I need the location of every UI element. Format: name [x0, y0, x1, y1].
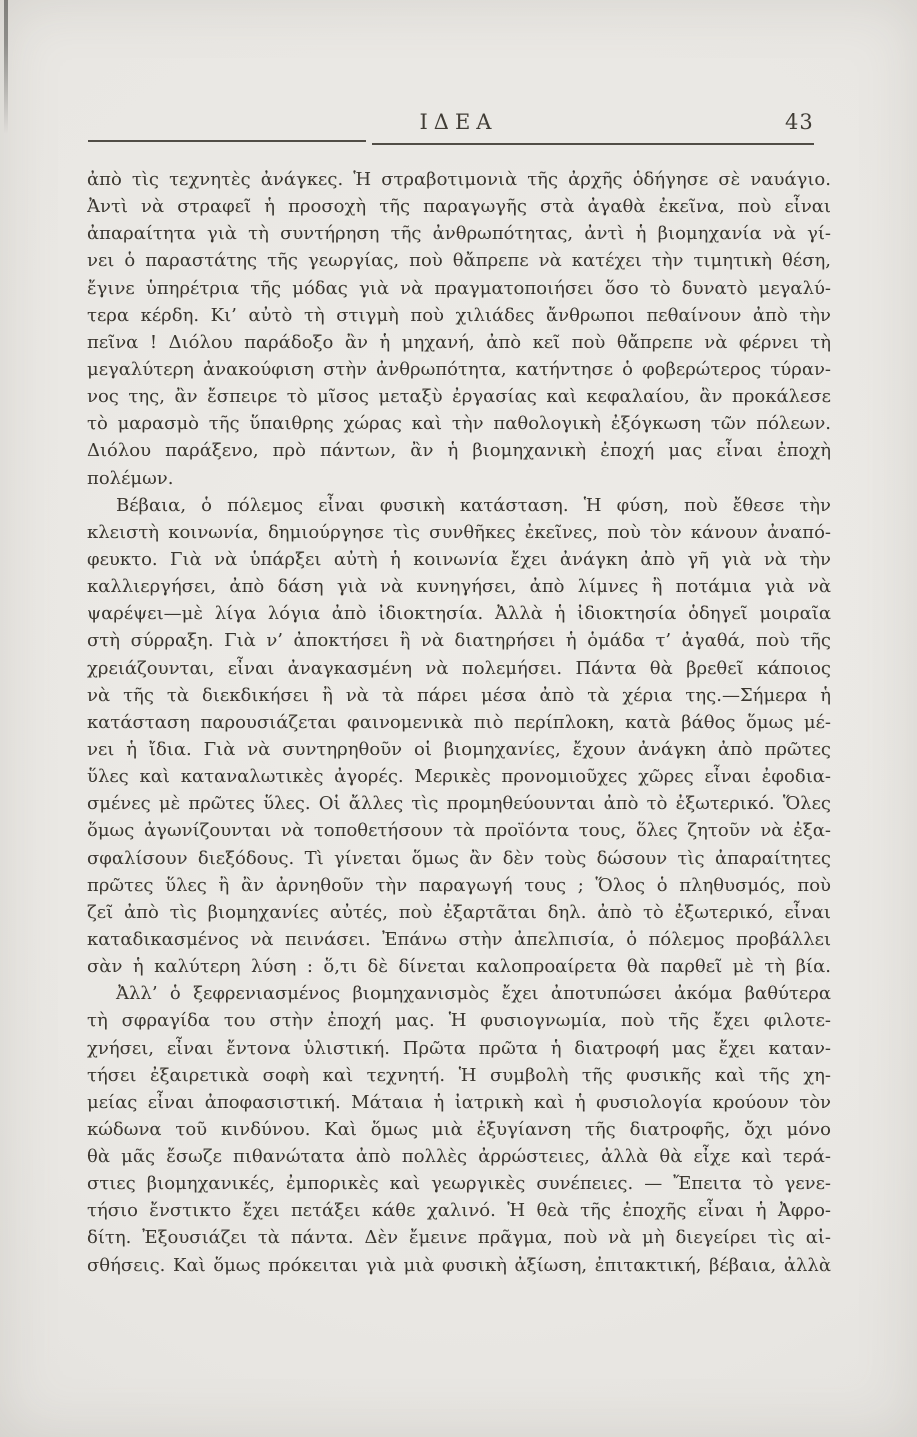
text-line: πολέμων. [87, 465, 831, 492]
header-rule-left [88, 140, 366, 142]
text-line: κώδωνα τοῦ κινδύνου. Καὶ ὅμως μιὰ ἐξυγία… [87, 1116, 831, 1143]
text-line: τερα κέρδη. Κι’ αὐτὸ τὴ στιγμὴ ποὺ χιλιά… [87, 302, 831, 329]
text-line: κατάσταση παρουσιάζεται φαινομενικὰ πιὸ … [87, 709, 831, 736]
text-line: τὴ σφραγίδα του στὴν ἐποχή μας. Ἡ φυσιογ… [87, 1007, 831, 1034]
paragraph: Ἀλλ’ ὁ ξεφρενιασμένος βιομηχανισμὸς ἔχει… [87, 980, 831, 1279]
text-line: Διόλου παράξενο, πρὸ πάντων, ἂν ἡ βιομηχ… [87, 437, 831, 464]
text-line: ἀπὸ τὶς τεχνητὲς ἀνάγκες. Ἡ στραβοτιμονι… [87, 166, 831, 193]
text-line: Βέβαια, ὁ πόλεμος εἶναι φυσικὴ κατάσταση… [87, 492, 831, 519]
text-line: νει ἡ ἴδια. Γιὰ νὰ συντηρηθοῦν οἱ βιομηχ… [87, 736, 831, 763]
text-line: χρειάζουνται, εἶναι ἀναγκασμένη νὰ πολεμ… [87, 655, 831, 682]
body-text: ἀπὸ τὶς τεχνητὲς ἀνάγκες. Ἡ στραβοτιμονι… [87, 166, 831, 1279]
book-page: ΙΔΕΑ 43 ἀπὸ τὶς τεχνητὲς ἀνάγκες. Ἡ στρα… [0, 0, 917, 1437]
text-line: καλλιεργήσει, ἀπὸ δάση γιὰ νὰ κυνηγήσει,… [87, 573, 831, 600]
page-number: 43 [785, 110, 814, 134]
text-line: σμένες μὲ πρῶτες ὕλες. Οἱ ἄλλες τὶς προμ… [87, 790, 831, 817]
text-line: νος της, ἂν ἔσπειρε τὸ μῖσος μεταξὺ ἐργα… [87, 383, 831, 410]
text-line: μεγαλύτερη ἀνακούφιση στὴν ἀνθρωπότητα, … [87, 356, 831, 383]
text-line: τήσιο ἔνστικτο ἔχει πετάξει κάθε χαλινό.… [87, 1197, 831, 1224]
text-line: στὴ σύρραξη. Γιὰ ν’ ἀποκτήσει ἢ νὰ διατη… [87, 627, 831, 654]
text-line: στιες βιομηχανικές, ἐμπορικὲς καὶ γεωργι… [87, 1170, 831, 1197]
text-line: πεῖνα ! Διόλου παράδοξο ἂν ἡ μηχανή, ἀπὸ… [87, 329, 831, 356]
text-line: ὅμως ἀγωνίζουνται νὰ τοποθετήσουν τὰ προ… [87, 817, 831, 844]
text-line: πρῶτες ὕλες ἢ ἂν ἀρνηθοῦν τὴν παραγωγή τ… [87, 872, 831, 899]
text-line: χνήσει, εἶναι ἔντονα ὑλιστική. Πρῶτα πρῶ… [87, 1035, 831, 1062]
text-line: ἔγινε ὑπηρέτρια τῆς μόδας γιὰ νὰ πραγματ… [87, 275, 831, 302]
header-rule-right [372, 143, 814, 145]
text-line: τήσει ἐξαιρετικὰ σοφὴ καὶ τεχνητή. Ἡ συμ… [87, 1062, 831, 1089]
text-line: ζεῖ ἀπὸ τὶς βιομηχανίες αὐτές, ποὺ ἐξαρτ… [87, 899, 831, 926]
text-line: καταδικασμένος νὰ πεινάσει. Ἐπάνω στὴν ἀ… [87, 926, 831, 953]
text-line: ἀπαραίτητα γιὰ τὴ συντήρηση τῆς ἀνθρωπότ… [87, 220, 831, 247]
text-line: θὰ μᾶς ἔσωζε πιθανώτατα ἀπὸ πολλὲς ἀρρώσ… [87, 1143, 831, 1170]
running-title: ΙΔΕΑ [0, 110, 917, 134]
text-line: σθήσεις. Καὶ ὅμως πρόκειται γιὰ μιὰ φυσι… [87, 1252, 831, 1279]
text-line: νὰ τῆς τὰ διεκδικήσει ἢ νὰ τὰ πάρει μέσα… [87, 682, 831, 709]
text-line: σφαλίσουν διεξόδους. Τὶ γίνεται ὅμως ἂν … [87, 845, 831, 872]
text-line: σὰν ἡ καλύτερη λύση : ὅ,τι δὲ δίνεται κα… [87, 953, 831, 980]
text-line: φευκτο. Γιὰ νὰ ὑπάρξει αὐτὴ ἡ κοινωνία ἔ… [87, 546, 831, 573]
text-line: ψαρέψει—μὲ λίγα λόγια ἀπὸ ἰδιοκτησία. Ἀλ… [87, 600, 831, 627]
text-line: Ἀλλ’ ὁ ξεφρενιασμένος βιομηχανισμὸς ἔχει… [87, 980, 831, 1007]
paragraph: Βέβαια, ὁ πόλεμος εἶναι φυσικὴ κατάσταση… [87, 492, 831, 981]
text-line: κλειστὴ κοινωνία, δημιούργησε τὶς συνθῆκ… [87, 519, 831, 546]
paragraph: ἀπὸ τὶς τεχνητὲς ἀνάγκες. Ἡ στραβοτιμονι… [87, 166, 831, 492]
text-line: τὸ μαρασμὸ τῆς ὕπαιθρης χώρας καὶ τὴν πα… [87, 410, 831, 437]
text-line: μείας εἶναι ἀποφασιστική. Μάταια ἡ ἰατρι… [87, 1089, 831, 1116]
text-line: νει ὁ παραστάτης τῆς γεωργίας, ποὺ θἄπρε… [87, 247, 831, 274]
text-line: ὕλες καὶ καταναλωτικὲς ἀγορές. Μερικὲς π… [87, 763, 831, 790]
text-line: δίτη. Ἐξουσιάζει τὰ πάντα. Δὲν ἔμεινε πρ… [87, 1224, 831, 1251]
text-line: Ἀντὶ νὰ στραφεῖ ἡ προσοχὴ τῆς παραγωγῆς … [87, 193, 831, 220]
